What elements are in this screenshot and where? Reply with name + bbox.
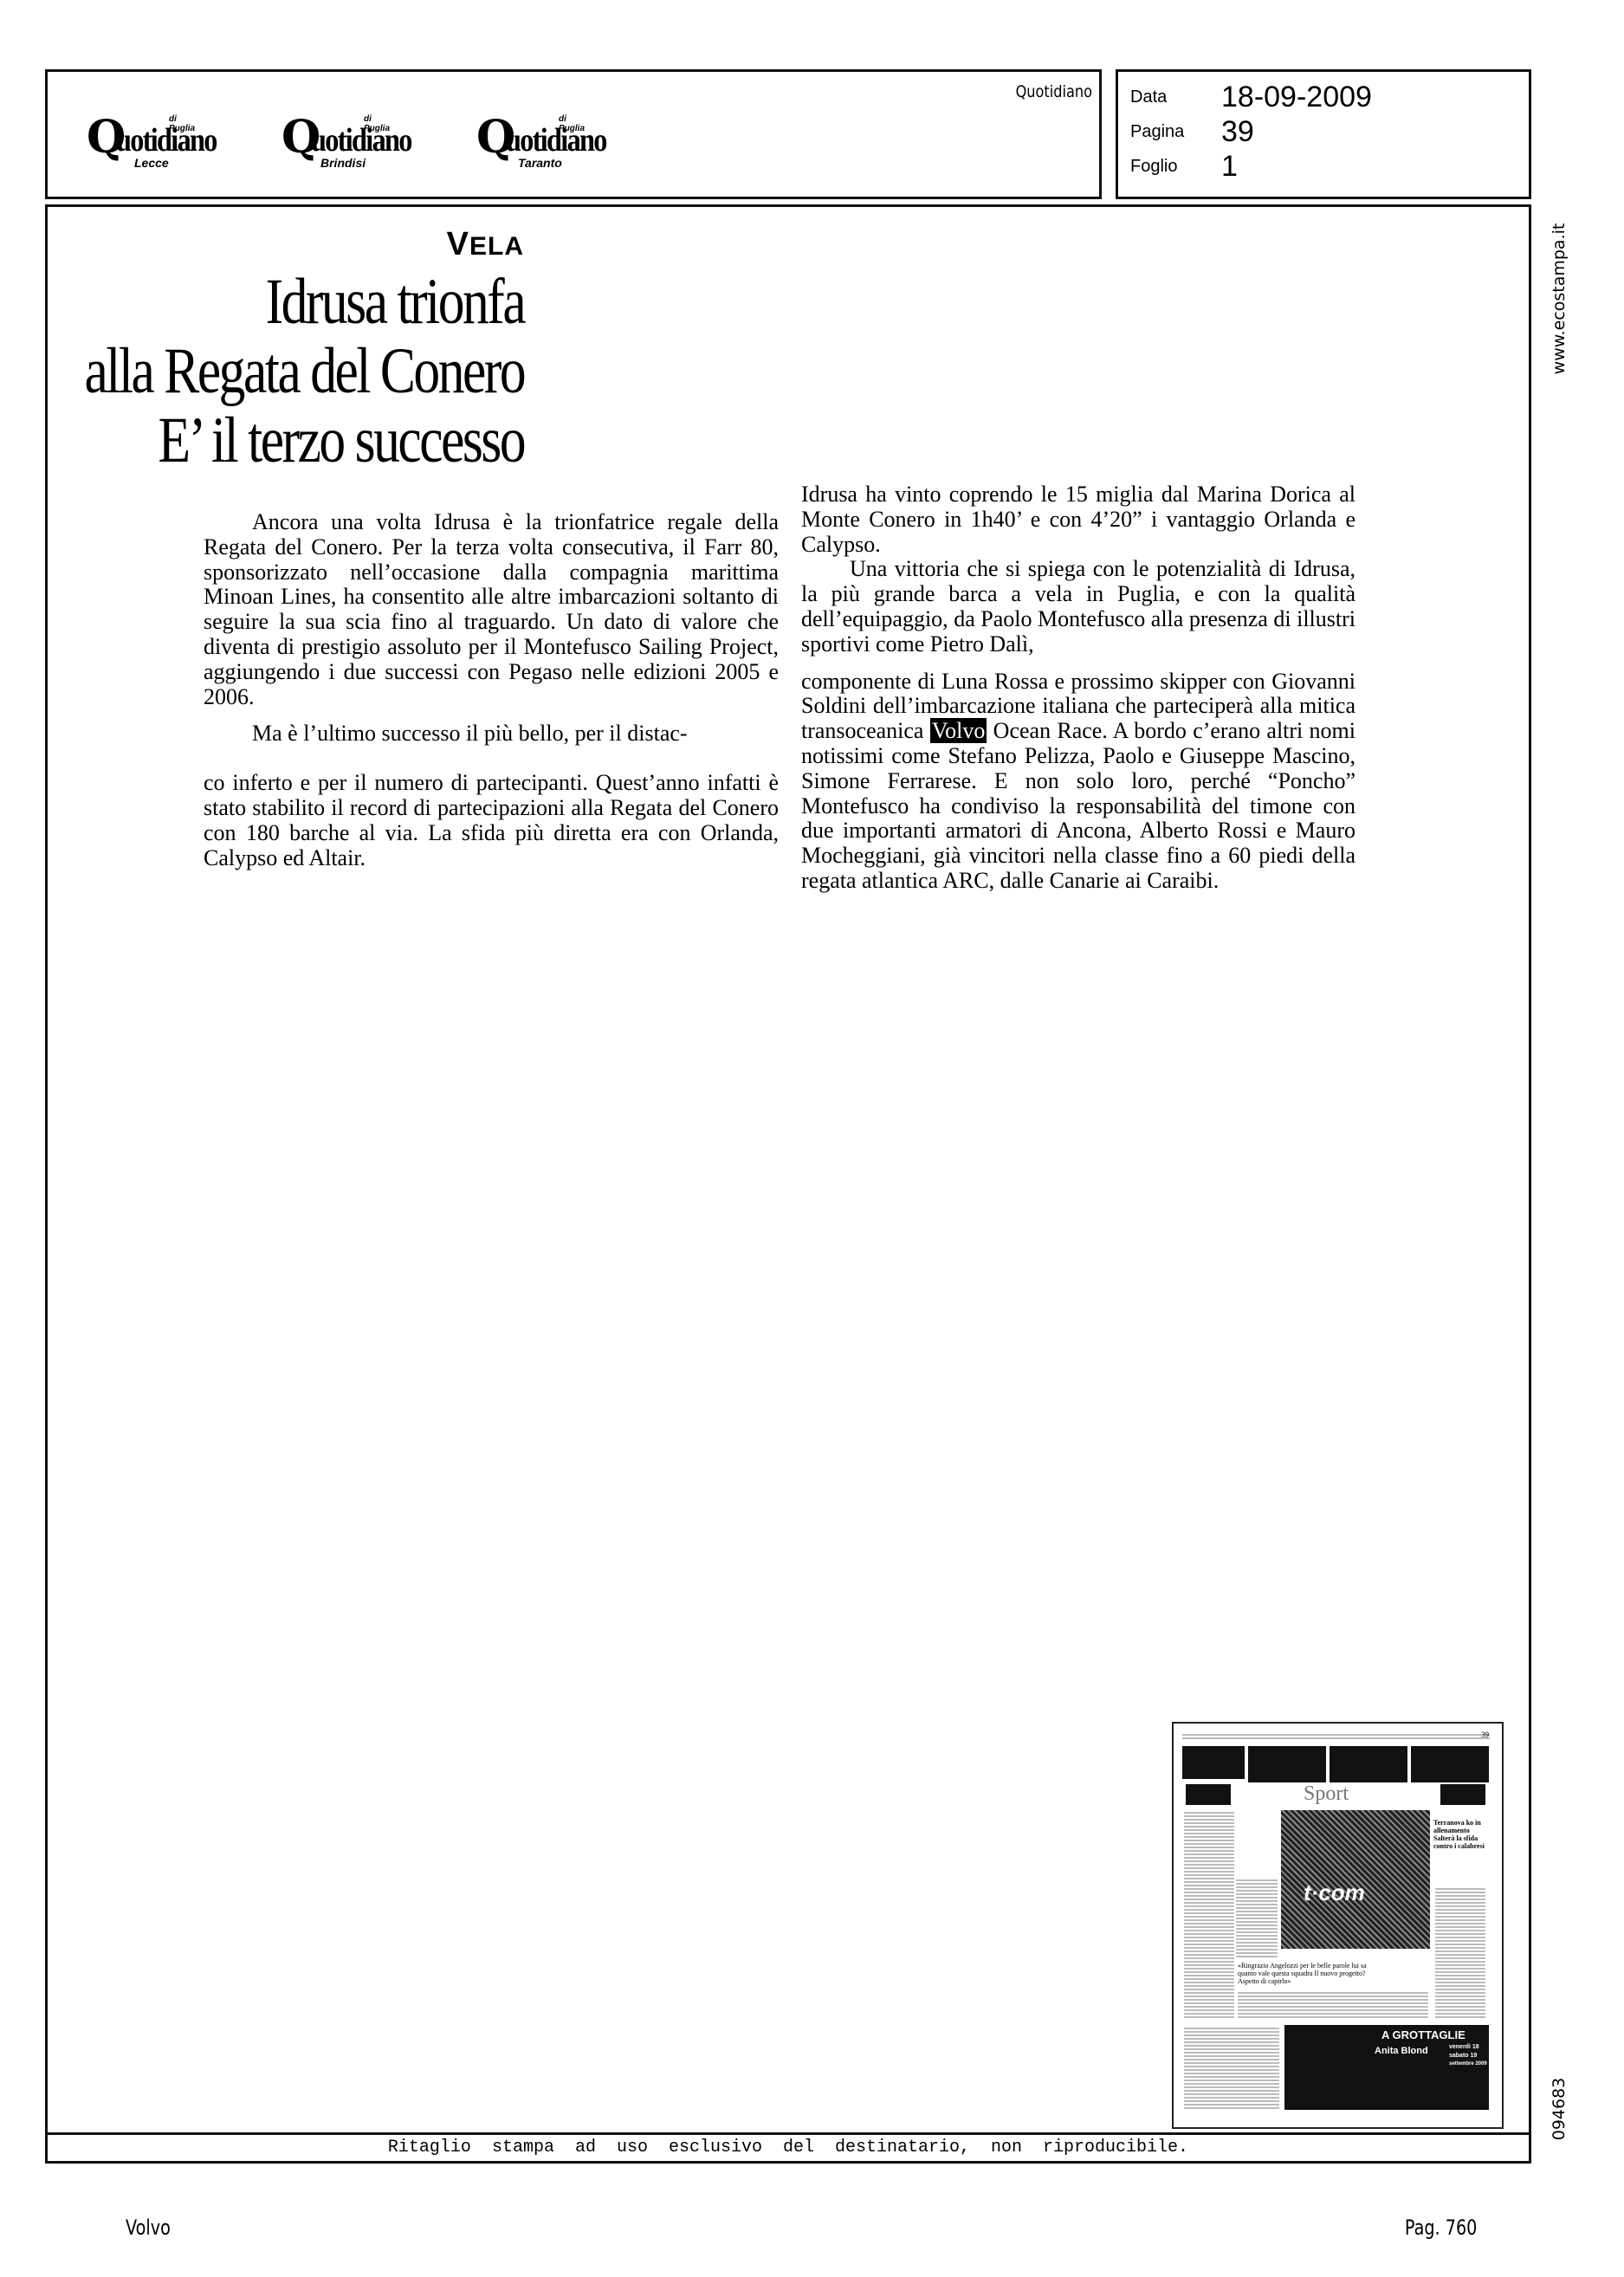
meta-date-value: 18-09-2009 bbox=[1221, 81, 1372, 114]
article-column-2: Idrusa ha vinto coprendo le 15 miglia da… bbox=[801, 482, 1355, 894]
logo-word: uotidiano bbox=[506, 121, 606, 159]
thumb-ad-date: venerdì 18 bbox=[1449, 2044, 1479, 2050]
page-thumbnail[interactable]: 39 Sport t·com Terranova ko in allenamen… bbox=[1172, 1722, 1504, 2129]
thumb-ad-name: Anita Blond bbox=[1375, 2046, 1428, 2056]
meta-page-label: Pagina bbox=[1130, 122, 1184, 142]
clipping-code-vertical: 094683 bbox=[1550, 2074, 1568, 2144]
paragraph: componente di Luna Rossa e prossimo skip… bbox=[801, 670, 1355, 894]
article-frame: VELA Idrusa trionfa alla Regata del Cone… bbox=[45, 204, 1531, 2136]
meta-date-label: Data bbox=[1130, 87, 1167, 107]
thumb-ad-date: sabato 19 bbox=[1449, 2053, 1477, 2059]
source-url-text: www.ecostampa.it bbox=[1550, 223, 1569, 375]
text-span: Ocean Race. A bordo c’erano altri nomi n… bbox=[801, 718, 1355, 893]
kicker-initial: V bbox=[447, 226, 469, 262]
source-url-vertical[interactable]: www.ecostampa.it bbox=[1550, 221, 1568, 377]
meta-sheet-value: 1 bbox=[1221, 150, 1238, 184]
thumb-ad-title: A GROTTAGLIE bbox=[1381, 2028, 1465, 2041]
thumb-page-number: 39 bbox=[1481, 1730, 1489, 1739]
headline-line: Idrusa trionfa bbox=[84, 268, 524, 337]
clipping-code-text: 094683 bbox=[1550, 2078, 1569, 2141]
publication-type-label: Quotidiano bbox=[1016, 82, 1092, 101]
logo-city: Lecce bbox=[134, 156, 169, 170]
logo-word: uotidiano bbox=[116, 121, 217, 159]
header-publication-box: Q uotidiano di Puglia Lecce Q uotidiano … bbox=[45, 69, 1102, 199]
paragraph: Idrusa ha vinto coprendo le 15 miglia da… bbox=[801, 482, 1355, 557]
meta-sheet-label: Foglio bbox=[1130, 157, 1177, 177]
paragraph: Ma è l’ultimo successo il più bello, per… bbox=[204, 721, 779, 747]
logo-tag: di Puglia bbox=[559, 114, 585, 133]
logo-tag: di Puglia bbox=[364, 114, 390, 133]
article-headline: Idrusa trionfa alla Regata del Conero E’… bbox=[84, 268, 524, 475]
headline-line: E’ il terzo successo bbox=[84, 406, 524, 475]
headline-line: alla Regata del Conero bbox=[84, 337, 524, 406]
paragraph: Ancora una volta Idrusa è la trionfatric… bbox=[204, 510, 779, 709]
thumb-section-title: Sport bbox=[1304, 1782, 1349, 1806]
section-kicker: VELA bbox=[447, 226, 524, 263]
meta-page-value: 39 bbox=[1221, 115, 1254, 149]
article-column-1: Ancora una volta Idrusa è la trionfatric… bbox=[204, 510, 779, 870]
footer-keyword: Volvo bbox=[126, 2216, 171, 2240]
logo-tag: di Puglia bbox=[169, 114, 195, 133]
logo-city: Brindisi bbox=[320, 156, 366, 170]
paragraph: Una vittoria che si spiega con le potenz… bbox=[801, 557, 1355, 657]
thumb-side-headline: Terranova ko in allenamento Salterà la s… bbox=[1433, 1819, 1485, 1850]
thumb-ad-date: settembre 2009 bbox=[1449, 2061, 1487, 2067]
disclaimer-bar: Ritaglio stampa ad uso esclusivo del des… bbox=[45, 2132, 1531, 2164]
kicker-rest: ELA bbox=[469, 232, 524, 261]
keyword-highlight: Volvo bbox=[930, 718, 987, 743]
header-meta-box: Data 18-09-2009 Pagina 39 Foglio 1 bbox=[1116, 69, 1531, 199]
paragraph: co inferto e per il numero di partecipan… bbox=[204, 771, 779, 870]
logo-city: Taranto bbox=[518, 156, 562, 170]
logo-word: uotidiano bbox=[311, 121, 411, 159]
thumb-quote: «Ringrazio Angelozzi per le belle parole… bbox=[1238, 1962, 1368, 1985]
disclaimer-text: Ritaglio stampa ad uso esclusivo del des… bbox=[48, 2138, 1529, 2157]
footer-page-number: Pag. 760 bbox=[1404, 2216, 1477, 2240]
